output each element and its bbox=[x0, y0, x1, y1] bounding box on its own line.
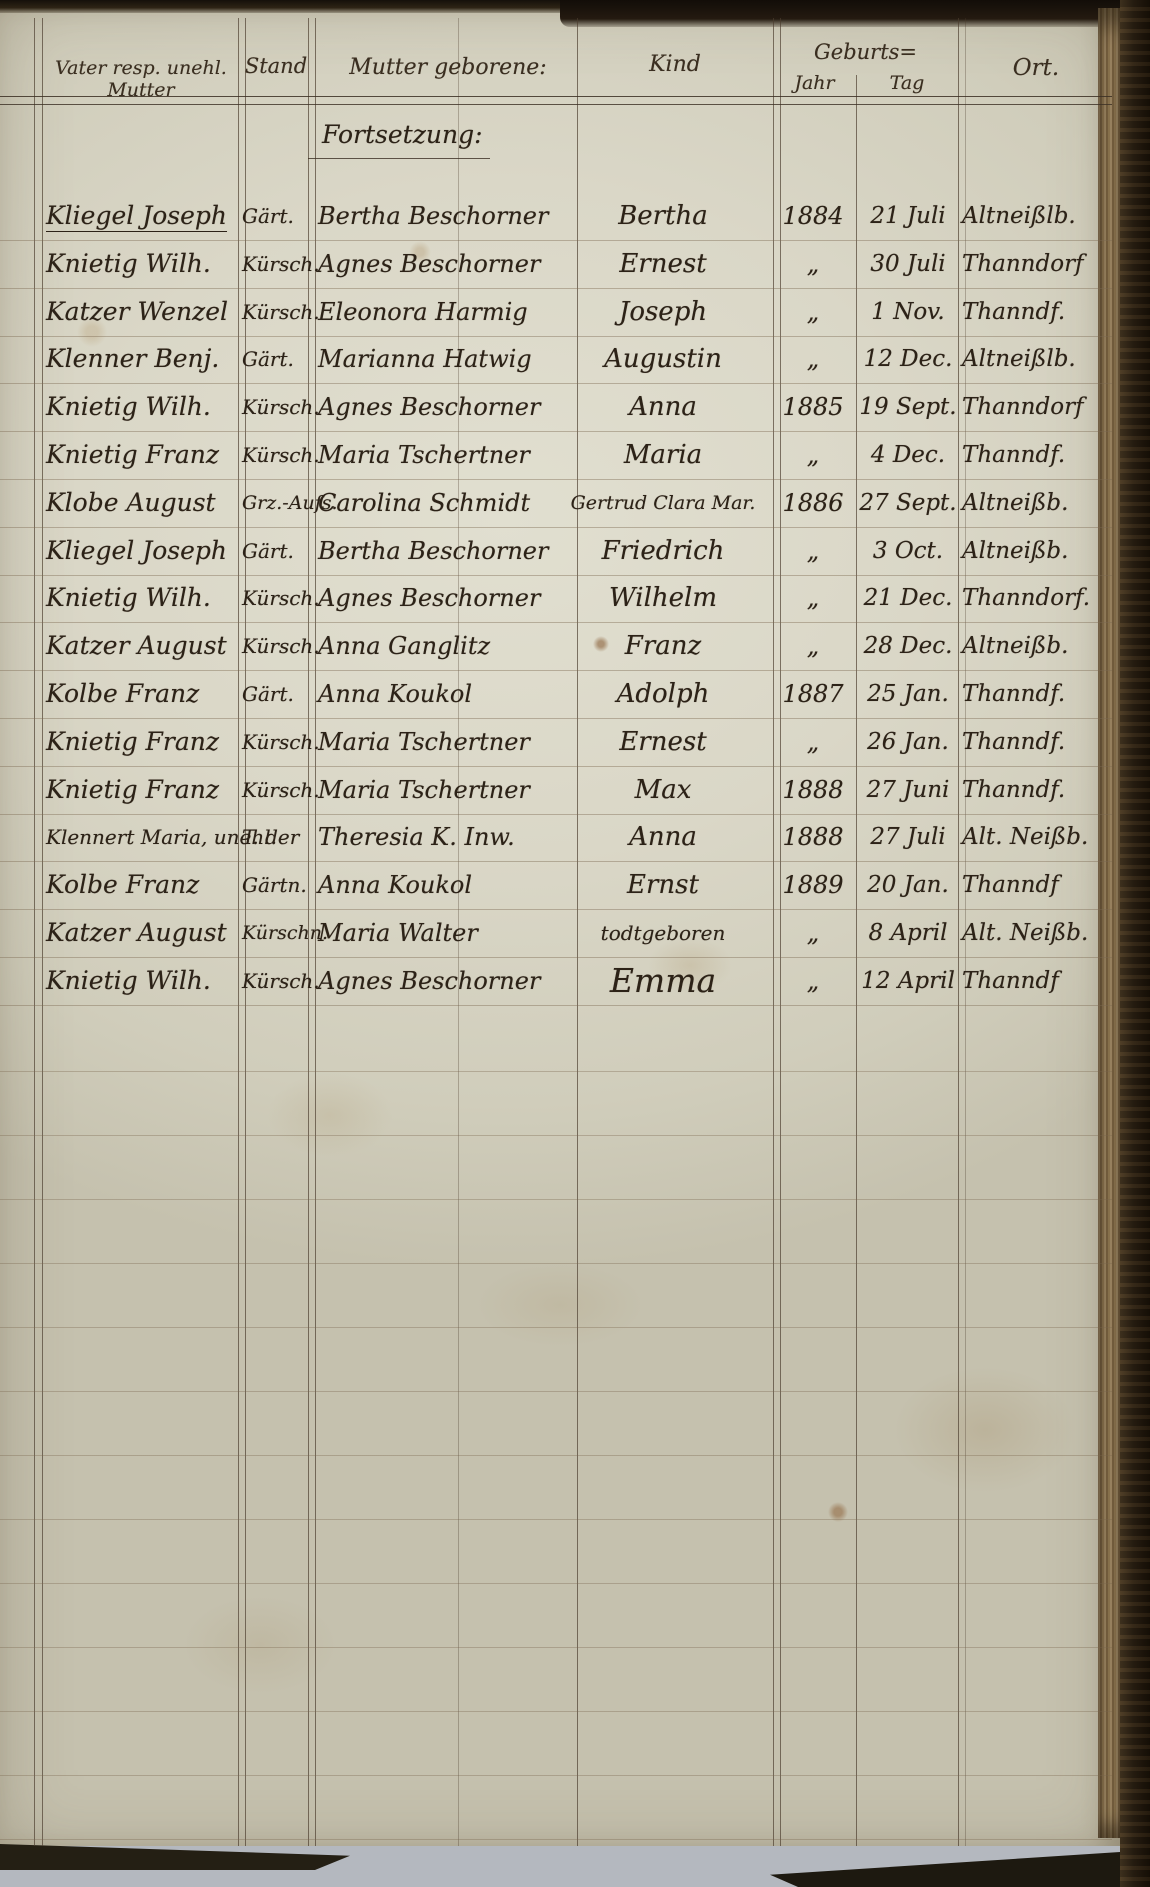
birth-day: 25 Jan. bbox=[856, 670, 960, 718]
birth-place: Thanndf. bbox=[962, 766, 1112, 814]
register-row: Knietig Franz Kürsch. Maria Tschertner E… bbox=[0, 718, 1112, 767]
birth-day: 1 Nov. bbox=[856, 288, 960, 336]
father-name: Katzer August bbox=[46, 622, 238, 670]
father-name: Kolbe Franz bbox=[46, 670, 238, 718]
civil-status: Kürsch. bbox=[242, 383, 316, 431]
birth-place: Altneißlb. bbox=[962, 192, 1112, 240]
child-name: Emma bbox=[560, 957, 766, 1005]
mother-maiden-name: Anna Koukol bbox=[318, 670, 580, 718]
child-name: Adolph bbox=[560, 670, 766, 718]
birth-day: 27 Juli bbox=[856, 813, 960, 861]
birth-day: 28 Dec. bbox=[856, 622, 960, 670]
civil-status: Kürsch. bbox=[242, 574, 316, 622]
scanned-register-page: { "page": { "section_title": "Fortsetzun… bbox=[0, 0, 1150, 1887]
register-row: Kliegel Joseph Gärt. Bertha Beschorner F… bbox=[0, 527, 1112, 576]
mother-maiden-name: Maria Tschertner bbox=[318, 766, 580, 814]
register-row: Klobe August Grz.-Aufs. Carolina Schmidt… bbox=[0, 479, 1112, 528]
civil-status: T. der bbox=[242, 813, 316, 861]
birth-place: Alt. Neißb. bbox=[962, 909, 1112, 957]
birth-day: 8 April bbox=[856, 909, 960, 957]
birth-day-header: Tag bbox=[856, 72, 958, 94]
child-name: Anna bbox=[560, 813, 766, 861]
birth-day: 12 Dec. bbox=[856, 335, 960, 383]
civil-status: Gärt. bbox=[242, 527, 316, 575]
birth-place: Thanndf. bbox=[962, 431, 1112, 479]
mother-maiden-name: Theresia K. Inw. bbox=[318, 813, 580, 861]
civil-status: Kürsch. bbox=[242, 766, 316, 814]
birth-day: 21 Dec. bbox=[856, 574, 960, 622]
register-row: Knietig Franz Kürsch. Maria Tschertner M… bbox=[0, 431, 1112, 480]
civil-status: Kürsch. bbox=[242, 957, 316, 1005]
register-row: Klenner Benj. Gärt. Marianna Hatwig Augu… bbox=[0, 335, 1112, 384]
birth-year: 1887 bbox=[772, 670, 854, 718]
mother-maiden-name: Maria Tschertner bbox=[318, 431, 580, 479]
child-name: Wilhelm bbox=[560, 574, 766, 622]
mother-maiden-name: Anna Koukol bbox=[318, 861, 580, 909]
civil-status: Gärt. bbox=[242, 670, 316, 718]
birth-year: 1888 bbox=[772, 766, 854, 814]
child-name: Ernest bbox=[560, 718, 766, 766]
civil-status: Kürsch. bbox=[242, 718, 316, 766]
father-name: Klobe August bbox=[46, 479, 238, 527]
birth-year-header: Jahr bbox=[773, 72, 856, 94]
civil-status: Gärt. bbox=[242, 335, 316, 383]
birth-day: 21 Juli bbox=[856, 192, 960, 240]
birth-place: Thanndf. bbox=[962, 718, 1112, 766]
register-row: Knietig Wilh. Kürsch. Agnes Beschorner W… bbox=[0, 574, 1112, 623]
father-name: Knietig Wilh. bbox=[46, 574, 238, 622]
father-name: Knietig Wilh. bbox=[46, 240, 238, 288]
register-row: Kolbe Franz Gärtn. Anna Koukol Ernst 188… bbox=[0, 861, 1112, 910]
father-name: Knietig Wilh. bbox=[46, 957, 238, 1005]
birth-year: „ bbox=[772, 288, 854, 336]
child-column-header: Kind bbox=[577, 52, 773, 77]
civil-status: Kürsch. bbox=[242, 240, 316, 288]
mother-maiden-name: Bertha Beschorner bbox=[318, 527, 580, 575]
birth-year: „ bbox=[772, 240, 854, 288]
birth-day: 3 Oct. bbox=[856, 527, 960, 575]
birth-place: Altneißb. bbox=[962, 527, 1112, 575]
civil-status: Grz.-Aufs. bbox=[242, 479, 316, 527]
birth-place: Thanndorf. bbox=[962, 574, 1112, 622]
mother-maiden-name: Agnes Beschorner bbox=[318, 383, 580, 431]
civil-status: Kürschn. bbox=[242, 909, 316, 957]
register-row: Knietig Wilh. Kürsch. Agnes Beschorner A… bbox=[0, 383, 1112, 432]
father-name: Kliegel Joseph bbox=[46, 192, 238, 240]
child-name: Anna bbox=[560, 383, 766, 431]
mother-maiden-name: Agnes Beschorner bbox=[318, 240, 580, 288]
birth-day: 12 April bbox=[856, 957, 960, 1005]
civil-status: Gärt. bbox=[242, 192, 316, 240]
father-column-header: Vater resp. unehl. Mutter bbox=[44, 57, 238, 101]
mother-maiden-name: Eleonora Harmig bbox=[318, 288, 580, 336]
birth-year: „ bbox=[772, 574, 854, 622]
civil-status: Kürsch. bbox=[242, 288, 316, 336]
child-name: Gertrud Clara Mar. bbox=[560, 479, 766, 527]
birth-year: „ bbox=[772, 622, 854, 670]
child-name: Augustin bbox=[560, 335, 766, 383]
child-name: Friedrich bbox=[560, 527, 766, 575]
birth-year: „ bbox=[772, 909, 854, 957]
register-row: Knietig Franz Kürsch. Maria Tschertner M… bbox=[0, 766, 1112, 815]
father-name: Klenner Benj. bbox=[46, 335, 238, 383]
birth-year: „ bbox=[772, 718, 854, 766]
child-name: Franz bbox=[560, 622, 766, 670]
birth-day: 27 Juni bbox=[856, 766, 960, 814]
child-name: Ernst bbox=[560, 861, 766, 909]
birth-place: Thanndorf bbox=[962, 240, 1112, 288]
birth-day: 30 Juli bbox=[856, 240, 960, 288]
birth-year: 1886 bbox=[772, 479, 854, 527]
birth-place: Thanndf. bbox=[962, 670, 1112, 718]
birth-year: 1884 bbox=[772, 192, 854, 240]
blank-ledger-ruling bbox=[0, 1008, 1112, 1846]
section-title: Fortsetzung: bbox=[308, 112, 490, 159]
child-name: Ernest bbox=[560, 240, 766, 288]
birth-group-header: Geburts= bbox=[773, 40, 958, 64]
birth-place: Altneißb. bbox=[962, 622, 1112, 670]
child-name: todtgeboren bbox=[560, 909, 766, 957]
father-name: Knietig Franz bbox=[46, 431, 238, 479]
mother-maiden-name: Bertha Beschorner bbox=[318, 192, 580, 240]
mother-column-header: Mutter geborene: bbox=[318, 55, 578, 80]
birth-year: „ bbox=[772, 431, 854, 479]
father-name: Knietig Franz bbox=[46, 766, 238, 814]
register-row: Katzer August Kürsch. Anna Ganglitz Fran… bbox=[0, 622, 1112, 671]
birth-year: „ bbox=[772, 335, 854, 383]
register-row: Kliegel Joseph Gärt. Bertha Beschorner B… bbox=[0, 192, 1112, 241]
mother-maiden-name: Agnes Beschorner bbox=[318, 957, 580, 1005]
father-name: Klennert Maria, unehl. bbox=[46, 813, 238, 861]
mother-maiden-name: Carolina Schmidt bbox=[318, 479, 580, 527]
mother-maiden-name: Anna Ganglitz bbox=[318, 622, 580, 670]
birth-place: Thanndf. bbox=[962, 288, 1112, 336]
birth-place: Altneißb. bbox=[962, 479, 1112, 527]
birth-place: Thanndf bbox=[962, 957, 1112, 1005]
birth-day: 20 Jan. bbox=[856, 861, 960, 909]
register-row: Katzer August Kürschn. Maria Walter todt… bbox=[0, 909, 1112, 958]
birth-year: 1885 bbox=[772, 383, 854, 431]
child-name: Maria bbox=[560, 431, 766, 479]
father-name: Kliegel Joseph bbox=[46, 527, 238, 575]
birth-year: 1888 bbox=[772, 813, 854, 861]
birth-day: 19 Sept. bbox=[856, 383, 960, 431]
birth-place: Thanndf bbox=[962, 861, 1112, 909]
father-name: Katzer Wenzel bbox=[46, 288, 238, 336]
civil-status: Kürsch. bbox=[242, 431, 316, 479]
civil-status: Kürsch. bbox=[242, 622, 316, 670]
book-top-binding-edge-right bbox=[560, 0, 1150, 27]
birth-place: Altneißlb. bbox=[962, 335, 1112, 383]
birth-place: Alt. Neißb. bbox=[962, 813, 1112, 861]
father-name: Knietig Franz bbox=[46, 718, 238, 766]
father-name: Kolbe Franz bbox=[46, 861, 238, 909]
birth-year: 1889 bbox=[772, 861, 854, 909]
birth-year: „ bbox=[772, 527, 854, 575]
child-name: Bertha bbox=[560, 192, 766, 240]
civil-status: Gärtn. bbox=[242, 861, 316, 909]
register-row: Kolbe Franz Gärt. Anna Koukol Adolph 188… bbox=[0, 670, 1112, 719]
child-name: Joseph bbox=[560, 288, 766, 336]
register-row: Knietig Wilh. Kürsch. Agnes Beschorner E… bbox=[0, 240, 1112, 289]
birth-year: „ bbox=[772, 957, 854, 1005]
register-row: Knietig Wilh. Kürsch. Agnes Beschorner E… bbox=[0, 957, 1112, 1006]
birth-day: 27 Sept. bbox=[856, 479, 960, 527]
register-row: Katzer Wenzel Kürsch. Eleonora Harmig Jo… bbox=[0, 288, 1112, 337]
mother-maiden-name: Agnes Beschorner bbox=[318, 574, 580, 622]
register-row: Klennert Maria, unehl. T. der Theresia K… bbox=[0, 813, 1112, 862]
mother-maiden-name: Marianna Hatwig bbox=[318, 335, 580, 383]
book-cover-grain bbox=[1120, 0, 1150, 1887]
stand-column-header: Stand bbox=[238, 54, 314, 78]
birth-day: 4 Dec. bbox=[856, 431, 960, 479]
father-name: Knietig Wilh. bbox=[46, 383, 238, 431]
place-column-header: Ort. bbox=[960, 55, 1112, 81]
birth-place: Thanndorf bbox=[962, 383, 1112, 431]
father-name: Katzer August bbox=[46, 909, 238, 957]
mother-maiden-name: Maria Tschertner bbox=[318, 718, 580, 766]
mother-maiden-name: Maria Walter bbox=[318, 909, 580, 957]
child-name: Max bbox=[560, 766, 766, 814]
birth-day: 26 Jan. bbox=[856, 718, 960, 766]
